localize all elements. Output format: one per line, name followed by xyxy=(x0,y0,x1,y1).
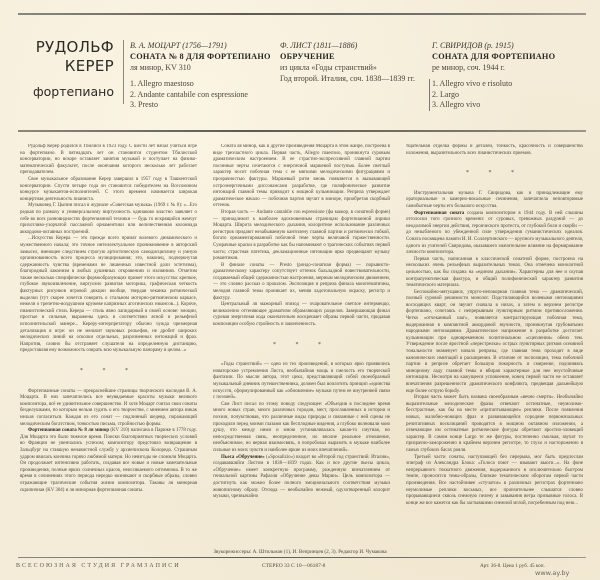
text-column-3: тщательная отделка формы и деталей, тонк… xyxy=(406,144,583,507)
paragraph: Вторая часть — Andante cantabile con esp… xyxy=(213,210,390,263)
header-divider xyxy=(123,40,124,104)
movement-item: 1. Allegro vivo e risoluto xyxy=(432,79,582,90)
top-rule xyxy=(18,13,586,15)
paragraph-text: («Sposalizio») входит во «Второй год стр… xyxy=(213,455,390,500)
text-column-1: Рудольф Керер родился в Тбилиси в 1923 г… xyxy=(20,144,197,494)
work-subtitle-2: Год второй. Италия, соч. 1838—1839 гг. xyxy=(280,73,420,84)
work-sviridov: Г. СВИРИДОВ (р. 1915) СОНАТА ДЛЯ ФОРТЕПИ… xyxy=(432,40,582,111)
paragraph-lead: Фортепианная соната xyxy=(414,211,464,216)
paragraph: Пьеса «Обручение» («Sposalizio») входит … xyxy=(213,455,390,501)
paragraph: Сам Лист писал по этому поводу следующее… xyxy=(213,402,390,455)
paragraph: Фортепианная соната создана композитором… xyxy=(406,211,583,257)
movement-list: 1. Allegro vivo e risoluto 2. Largo 3. A… xyxy=(429,79,582,111)
paragraph-text: создана композитором в 1944 году. В ней … xyxy=(406,211,583,256)
artist-instrument: фортепиано xyxy=(14,84,114,99)
movement-item: 2. Largo xyxy=(432,90,582,101)
movement-item: 3. Presto xyxy=(130,100,280,111)
paragraph-lead: Фортепианная соната № 8 ля минор xyxy=(28,428,109,433)
work-composer: Ф. ЛИСТ (1811—1886) xyxy=(280,40,420,51)
section-separator: * * * xyxy=(213,342,390,349)
record-label: ВСЕСОЮЗНАЯ СТУДИЯ ГРАМЗАПИСИ xyxy=(16,563,181,569)
work-subtitle: ре минор, соч. 1944 г. xyxy=(432,62,582,73)
paragraph: Рудольф Керер родился в Тбилиси в 1923 г… xyxy=(20,144,197,177)
work-title: ОБРУЧЕНИЕ xyxy=(280,51,420,62)
work-composer: В. А. МОЦАРТ (1756—1791) xyxy=(130,40,280,51)
section-separator: * * * xyxy=(20,368,197,375)
credits-line: Звукорежиссеры: А. Штильман (1), И. Вепр… xyxy=(0,549,600,555)
work-composer: Г. СВИРИДОВ (р. 1915) xyxy=(432,40,582,51)
movement-item: 1. Allegro maestoso xyxy=(130,79,280,90)
artist-last-name: КЕРЕР xyxy=(14,57,114,76)
section-separator: * * * xyxy=(406,170,583,177)
paragraph: Вторая часть может быть названа своеобра… xyxy=(406,395,583,454)
artist-first-name: РУДОЛЬФ xyxy=(14,38,114,57)
paragraph: Соната ля минор, как и другие произведен… xyxy=(213,144,390,210)
paragraph: Музыковед Г. Цыпин писал в журнале «Сове… xyxy=(20,203,197,236)
paragraph: Первая часть, написанная в классической … xyxy=(406,257,583,290)
paragraph: Фортепианная соната № 8 ля минор (KV 310… xyxy=(20,428,197,494)
work-mozart: В. А. МОЦАРТ (1756—1791) СОНАТА № 8 ДЛЯ … xyxy=(130,40,280,111)
paragraph: В финале сонаты — Presto (рондо-сонатная… xyxy=(213,263,390,303)
header-rule xyxy=(18,130,586,132)
paragraph: «Годы странствий» — одно из тех произвед… xyxy=(213,362,390,402)
paragraph: Беспокойно-мятущаяся, упруго-непокорная … xyxy=(406,290,583,396)
paragraph: ...Искусство Керера — это прежде всего п… xyxy=(20,236,197,355)
paragraph-lead: Пьеса «Обручение» xyxy=(221,455,265,460)
catalog-number: СТЕРЕО 33 С 10—06187-8 xyxy=(262,563,325,569)
work-subtitle: ля минор, KV 310 xyxy=(130,62,280,73)
movement-list: 1. Allegro maestoso 2. Andante cantabile… xyxy=(130,79,280,111)
paragraph: Свое музыкальное образование Керер завер… xyxy=(20,177,197,203)
paragraph-text: (KV 310) написана в Париже в 1778 году. … xyxy=(20,428,197,492)
movement-item: 2. Andante cantabile con espressione xyxy=(130,90,280,101)
work-liszt: Ф. ЛИСТ (1811—1886) ОБРУЧЕНИЕ из цикла «… xyxy=(280,40,420,84)
work-subtitle: из цикла «Годы странствий» xyxy=(280,62,420,73)
movement-item: 3. Allegro vivo xyxy=(432,100,582,111)
paragraph: Центральный ля мажорный эпизод — очарова… xyxy=(213,302,390,328)
paragraph: Третьей части сонаты, наступающей без пе… xyxy=(406,455,583,508)
paragraph: тщательная отделка формы и деталей, тонк… xyxy=(406,144,583,157)
artist-block: РУДОЛЬФ КЕРЕР фортепиано xyxy=(14,38,114,99)
work-title: СОНАТА ДЛЯ ФОРТЕПИАНО xyxy=(432,51,582,62)
watermark: www.ay.by xyxy=(535,569,569,577)
footer-rule xyxy=(18,557,586,558)
paragraph: Инструментальная музыка Г. Свиридова, ка… xyxy=(406,191,583,211)
work-title: СОНАТА № 8 ДЛЯ ФОРТЕПИАНО xyxy=(130,51,280,62)
record-sleeve-back: РУДОЛЬФ КЕРЕР фортепиано В. А. МОЦАРТ (1… xyxy=(0,0,600,580)
paragraph: Фортепианные сонаты — прекраснейшие стра… xyxy=(20,389,197,429)
text-column-2: Соната ля минор, как и другие произведен… xyxy=(213,144,390,501)
